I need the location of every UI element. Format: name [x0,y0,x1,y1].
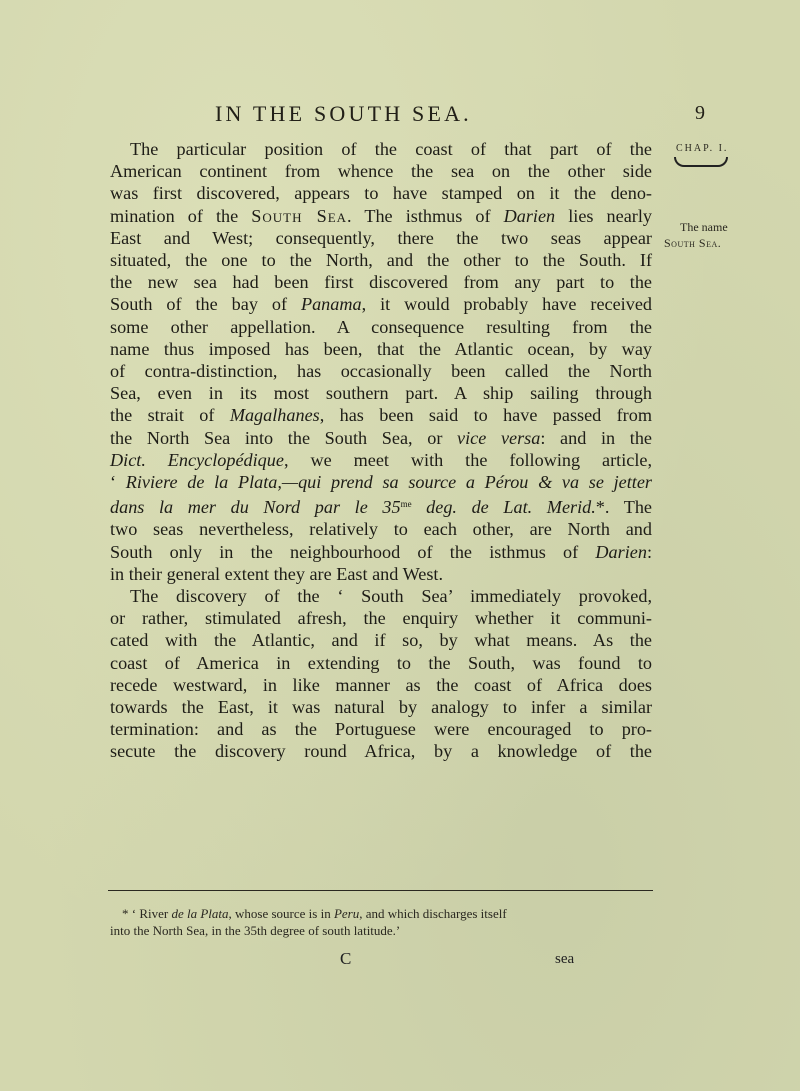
text-line: ‘ Riviere de la Plata,—qui prend sa sour… [110,471,652,493]
signature-mark: C [340,949,351,969]
text-line: American continent from whence the sea o… [110,160,652,182]
text-run: the strait of [110,405,230,425]
text-run: ‘ [110,472,126,492]
text-line: situated, the one to the North, and the … [110,249,652,271]
superscript: me [401,499,412,509]
book-page: IN THE SOUTH SEA. 9 CHAP. I. The name So… [0,0,800,1091]
paragraph-2: The discovery of the ‘ South Sea’ immedi… [110,585,652,763]
margin-note-line-2: South Sea. [664,236,721,251]
catchword: sea [555,951,574,968]
text-line: Dict. Encyclopédique, we meet with the f… [110,449,652,471]
text-line: the North Sea into the South Sea, or vic… [110,427,652,449]
text-run: . The isthmus of [347,206,504,226]
italic-run: Darien [595,542,647,562]
text-line: cated with the Atlantic, and if so, by w… [110,629,652,651]
text-line: of contra-distinction, has occasionally … [110,360,652,382]
text-line: South only in the neighbourhood of the i… [110,541,652,563]
text-line: towards the East, it was natural by anal… [110,696,652,718]
text-run: mination of the [110,206,251,226]
text-line: secute the discovery round Africa, by a … [110,740,652,762]
margin-note-line-1: The name [680,220,728,235]
footnote: * ‘ River de la Plata, whose source is i… [110,905,655,939]
italic-run: deg. de Lat. Merid. [412,497,596,517]
paragraph-1: The particular position of the coast of … [110,138,652,585]
text-line: or rather, stimulated afresh, the enquir… [110,607,652,629]
italic-run: Dict. Encyclopédique [110,450,284,470]
text-line: in their general extent they are East an… [110,563,652,585]
text-line: The discovery of the ‘ South Sea’ immedi… [110,585,652,607]
brace-icon [674,157,728,167]
text-line: East and West; consequently, there the t… [110,227,652,249]
text-line: the strait of Magalhanes, has been said … [110,404,652,426]
text-run: , and which discharges itself [359,906,506,921]
italic-run: vice versa [457,428,540,448]
text-line: The particular position of the coast of … [110,138,652,160]
text-run: South only in the neighbourhood of the i… [110,542,595,562]
footnote-line: into the North Sea, in the 35th degree o… [110,922,655,939]
text-run: , we meet with the following article, [284,450,652,470]
text-line: mination of the South Sea. The isthmus o… [110,205,652,227]
text-run: : [647,542,652,562]
text-line: coast of America in extending to the Sou… [110,652,652,674]
footnote-rule [108,890,653,891]
text-run: , has been said to have passed from [320,405,652,425]
small-caps-run: South Sea [251,206,347,226]
text-line: dans la mer du Nord par le 35me deg. de … [110,493,652,518]
text-run: , it would probably have received [362,294,652,314]
text-line: termination: and as the Portuguese were … [110,718,652,740]
text-run: * ‘ River [122,906,171,921]
text-line: recede westward, in like manner as the c… [110,674,652,696]
running-head: IN THE SOUTH SEA. [215,101,472,127]
text-line: was first discovered, appears to have st… [110,182,652,204]
page-number: 9 [695,102,705,125]
italic-run: Riviere de la Plata,—qui prend sa source… [126,472,652,492]
text-run: lies nearly [555,206,652,226]
italic-run: Darien [504,206,556,226]
italic-run: Magalhanes [230,405,320,425]
text-line: name thus imposed has been, that the Atl… [110,338,652,360]
text-line: Sea, even in its most southern part. A s… [110,382,652,404]
text-run: : and in the [540,428,652,448]
body-text: The particular position of the coast of … [110,138,652,763]
italic-run: Panama [301,294,362,314]
footnote-line: * ‘ River de la Plata, whose source is i… [110,905,655,922]
text-line: some other appellation. A consequence re… [110,316,652,338]
text-run: South of the bay of [110,294,301,314]
italic-run: dans la mer du Nord par le 35 [110,497,401,517]
text-line: South of the bay of Panama, it would pro… [110,293,652,315]
italic-run: Peru [334,906,359,921]
text-run: , whose source is in [229,906,334,921]
text-line: the new sea had been first discovered fr… [110,271,652,293]
text-run: the North Sea into the South Sea, or [110,428,457,448]
text-line: two seas nevertheless, relatively to eac… [110,518,652,540]
text-run: *. The [596,497,652,517]
italic-run: de la Plata [171,906,228,921]
margin-chapter-label: CHAP. I. [676,143,728,154]
